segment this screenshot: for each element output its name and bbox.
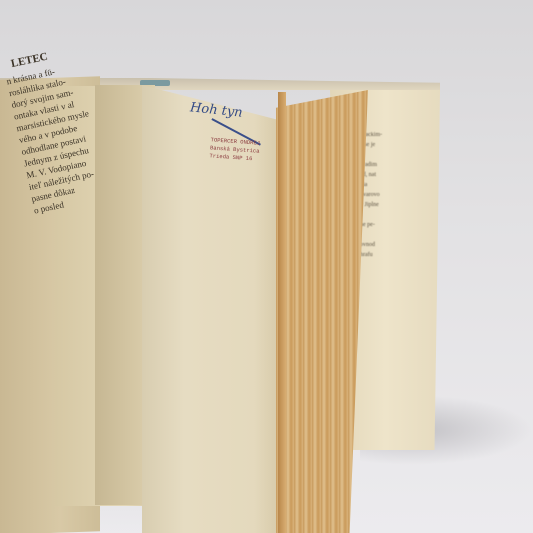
text-line: ne pe-	[360, 220, 382, 230]
text-line	[360, 210, 382, 220]
text-line: ovnod	[360, 240, 382, 250]
text-line: hrafu	[360, 250, 382, 260]
photo-scene: LETEC n krásna a fü- rosláhlika stalo- d…	[0, 0, 533, 533]
owner-stamp: TOPERCER ONDREJ Banská Bystrica Trieda S…	[209, 136, 260, 163]
page-edges	[276, 90, 368, 533]
page-edge-front	[278, 92, 286, 533]
text-line	[360, 230, 382, 240]
